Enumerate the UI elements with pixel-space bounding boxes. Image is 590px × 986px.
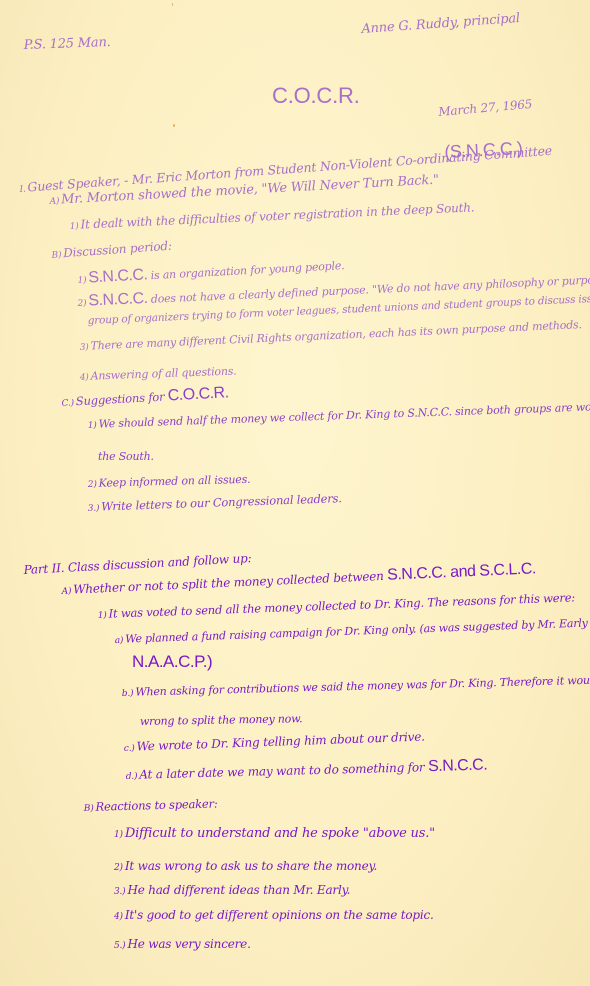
item-2B-1: 1)Difficult to understand and he spoke "…	[114, 826, 435, 841]
item-2B-3: 3.)He had different ideas than Mr. Early…	[114, 883, 350, 897]
page-title: C.O.C.R.	[272, 83, 360, 109]
item-2A-1-a-cont: N.A.A.C.P.)	[132, 652, 212, 672]
item-C-1-cont: the South.	[98, 450, 154, 463]
item-2B-4: 4)It's good to get different opinions on…	[114, 908, 434, 922]
sncc-abbr: (S.N.C.C.)	[444, 138, 523, 163]
paper-stain	[173, 124, 175, 127]
item-2B-2: 2)It was wrong to ask us to share the mo…	[114, 859, 377, 873]
school-label: P.S. 125 Man.	[23, 35, 110, 53]
paper-stain	[172, 3, 173, 6]
item-2B-5: 5.)He was very sincere.	[114, 937, 251, 951]
